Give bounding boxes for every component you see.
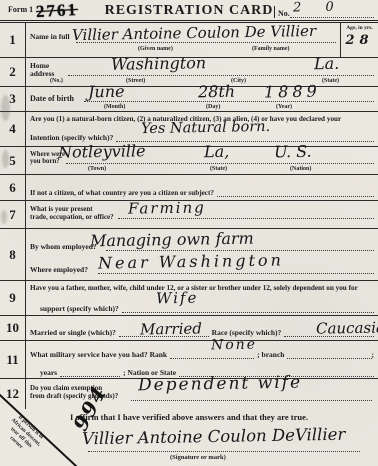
row-trade: 7 What is your present trade, occupation… <box>0 201 378 229</box>
year-sublabel: (Year) <box>276 104 292 110</box>
not-citizen-label: If not a citizen, of what country are yo… <box>30 189 214 197</box>
affirmation-statement: I affirm that I have verified above answ… <box>0 409 378 424</box>
trade-label1: What is your present <box>30 205 93 213</box>
trade-line <box>118 218 374 219</box>
town-sublabel: (Town) <box>88 166 106 172</box>
signature-area: Villier Antoine Coulon DeVillier (Signat… <box>0 424 378 466</box>
dob-label: Date of birth <box>30 94 74 103</box>
race-label: Race (specify which)? <box>212 328 282 337</box>
row-military-service: 11 What military service have you had? R… <box>0 341 378 379</box>
years-line <box>60 367 120 377</box>
branch-line <box>287 349 371 359</box>
scan-artifact <box>2 150 9 168</box>
address-label: address <box>30 69 54 78</box>
where-employed-label: Where employed? <box>30 265 88 274</box>
street-sublabel: (Street) <box>126 78 145 84</box>
trade-value: Farming <box>128 198 206 217</box>
dob-day-value: 28th <box>198 82 235 102</box>
married-value: Married <box>140 319 202 338</box>
row-number: 2 <box>0 58 26 86</box>
born-nation-value: U. S. <box>274 142 312 162</box>
row-date-of-birth: 3 Date of birth June 28th 1889 (Month) (… <box>0 87 378 112</box>
given-name-sublabel: (Given name) <box>138 46 173 52</box>
age-value: 28 <box>341 33 378 48</box>
row-not-citizen: 6 If not a citizen, of what country are … <box>0 175 378 201</box>
by-whom-employed-label: By whom employed? <box>30 242 97 251</box>
signature-sublabel: (Signature or mark) <box>170 454 226 461</box>
years-label: years <box>40 368 57 377</box>
row-number: 6 <box>0 175 26 200</box>
row-number: 8 <box>0 229 26 280</box>
where-employed-line <box>98 273 374 274</box>
dob-year-value: 1889 <box>264 82 321 102</box>
row-number: 1 <box>0 23 26 57</box>
address-state-value: La. <box>314 54 340 73</box>
state-sublabel: (State) <box>322 78 339 84</box>
military-rank-label: What military service have you had? Rank <box>30 350 167 359</box>
row-home-address: 2 Home address Washington La. (No.) (Str… <box>0 58 378 87</box>
dob-line <box>84 101 374 102</box>
rank-value: None <box>211 337 257 354</box>
no-label: No. <box>278 9 290 18</box>
age-label: Age, in yrs. <box>341 25 378 31</box>
citizenship-value: Yes Natural born. <box>141 119 270 137</box>
dependents-value: Wife <box>156 289 199 308</box>
signature-line <box>88 451 360 452</box>
born-town-value: Notleyville <box>58 141 146 162</box>
exemption-line <box>131 400 372 401</box>
row-married-race: 10 Married or single (which)? Married Ra… <box>0 316 378 341</box>
where-employed-value: Near Washington <box>98 250 284 272</box>
address-line <box>68 75 374 76</box>
race-value: Caucasian <box>316 318 378 337</box>
day-sublabel: (Day) <box>206 104 220 110</box>
row-exemption: 12 Do you claim exemption from draft (sp… <box>0 379 378 409</box>
address-city-value: Washington <box>111 53 206 74</box>
family-name-sublabel: (Family name) <box>252 46 290 52</box>
trade-label2: trade, occupation, or office? <box>30 213 114 221</box>
scan-artifact <box>1 210 7 224</box>
row-citizenship: 4 Are you (1) a natural-born citizen, (2… <box>0 112 378 147</box>
nation-sublabel: (Nation) <box>290 166 311 172</box>
dob-month-value: June <box>88 82 125 102</box>
registration-card: Form 1 2761 REGISTRATION CARD No. 2 0 1 … <box>0 0 378 466</box>
not-citizen-line <box>217 187 374 197</box>
citizenship-question-line2: Intention (specify which)? <box>30 133 113 142</box>
state-sublabel: (State) <box>210 166 227 172</box>
divider <box>274 6 275 18</box>
married-label: Married or single (which)? <box>30 328 116 337</box>
dependents-question-line1: Have you a father, mother, wife, child u… <box>30 284 376 292</box>
exemption-value: Dependent wife <box>138 373 302 396</box>
where-born-line <box>66 163 374 164</box>
signature-value: Villier Antoine Coulon DeVillier <box>82 425 346 449</box>
age-box: Age, in yrs. 28 <box>340 23 378 57</box>
card-header: Form 1 2761 REGISTRATION CARD No. 2 0 <box>0 0 378 23</box>
row-number: 10 <box>0 316 26 340</box>
card-number-field: No. 2 0 <box>274 6 374 18</box>
row-number: 12 <box>0 379 26 409</box>
row-dependents: 9 Have you a father, mother, wife, child… <box>0 281 378 316</box>
row-number: 9 <box>0 281 26 315</box>
month-sublabel: (Month) <box>104 104 125 110</box>
row-where-born: 5 Where were you born? Notleyville La, U… <box>0 147 378 175</box>
name-label: Name in full <box>30 32 70 41</box>
semicolon: ; <box>372 350 375 359</box>
scan-artifact <box>1 95 10 121</box>
branch-label: ; branch <box>257 350 284 359</box>
where-born-label2: you born? <box>30 158 60 165</box>
row-number: 11 <box>0 341 26 378</box>
born-state-value: La, <box>204 142 230 161</box>
by-whom-value: Managing own farm <box>90 229 254 251</box>
dependents-question-line2: support (specify which)? <box>40 304 119 313</box>
name-value: Villier Antoine Coulon De Villier <box>72 22 316 44</box>
row-employer: 8 By whom employed? Managing own farm Wh… <box>0 229 378 281</box>
no-sublabel: (No.) <box>50 78 63 84</box>
card-number-value: 2 0 <box>293 0 344 15</box>
